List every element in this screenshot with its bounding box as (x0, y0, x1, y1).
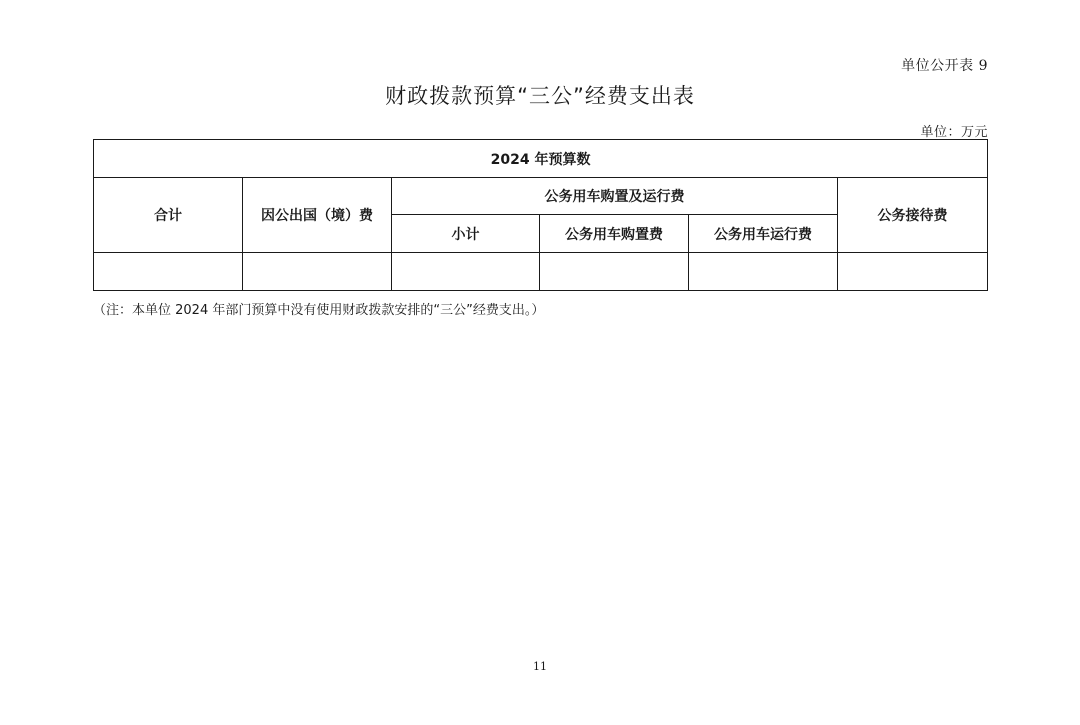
cell-total (94, 253, 243, 291)
cell-vehicle-purchase (540, 253, 689, 291)
column-header-vehicle-group: 公务用车购置及运行费 (392, 178, 838, 215)
table-row (94, 253, 988, 291)
column-header-reception: 公务接待费 (838, 178, 988, 253)
year-budget-header: 2024 年预算数 (94, 140, 988, 178)
page-number: 11 (0, 660, 1080, 673)
three-public-expenses-table: 2024 年预算数 合计 因公出国（境）费 公务用车购置及运行费 公务接待费 小… (93, 139, 988, 291)
table-number-label: 单位公开表 9 (901, 55, 988, 75)
column-header-total: 合计 (94, 178, 243, 253)
table-note: （注：本单位 2024 年部门预算中没有使用财政拨款安排的“三公”经费支出。） (93, 299, 544, 318)
cell-reception (838, 253, 988, 291)
unit-label: 单位：万元 (920, 121, 988, 140)
cell-overseas (243, 253, 392, 291)
cell-vehicle-operation (689, 253, 838, 291)
column-header-overseas: 因公出国（境）费 (243, 178, 392, 253)
column-header-vehicle-operation: 公务用车运行费 (689, 215, 838, 253)
column-header-vehicle-purchase: 公务用车购置费 (540, 215, 689, 253)
column-header-vehicle-subtotal: 小计 (392, 215, 540, 253)
cell-vehicle-subtotal (392, 253, 540, 291)
page-title: 财政拨款预算“三公”经费支出表 (0, 80, 1080, 110)
